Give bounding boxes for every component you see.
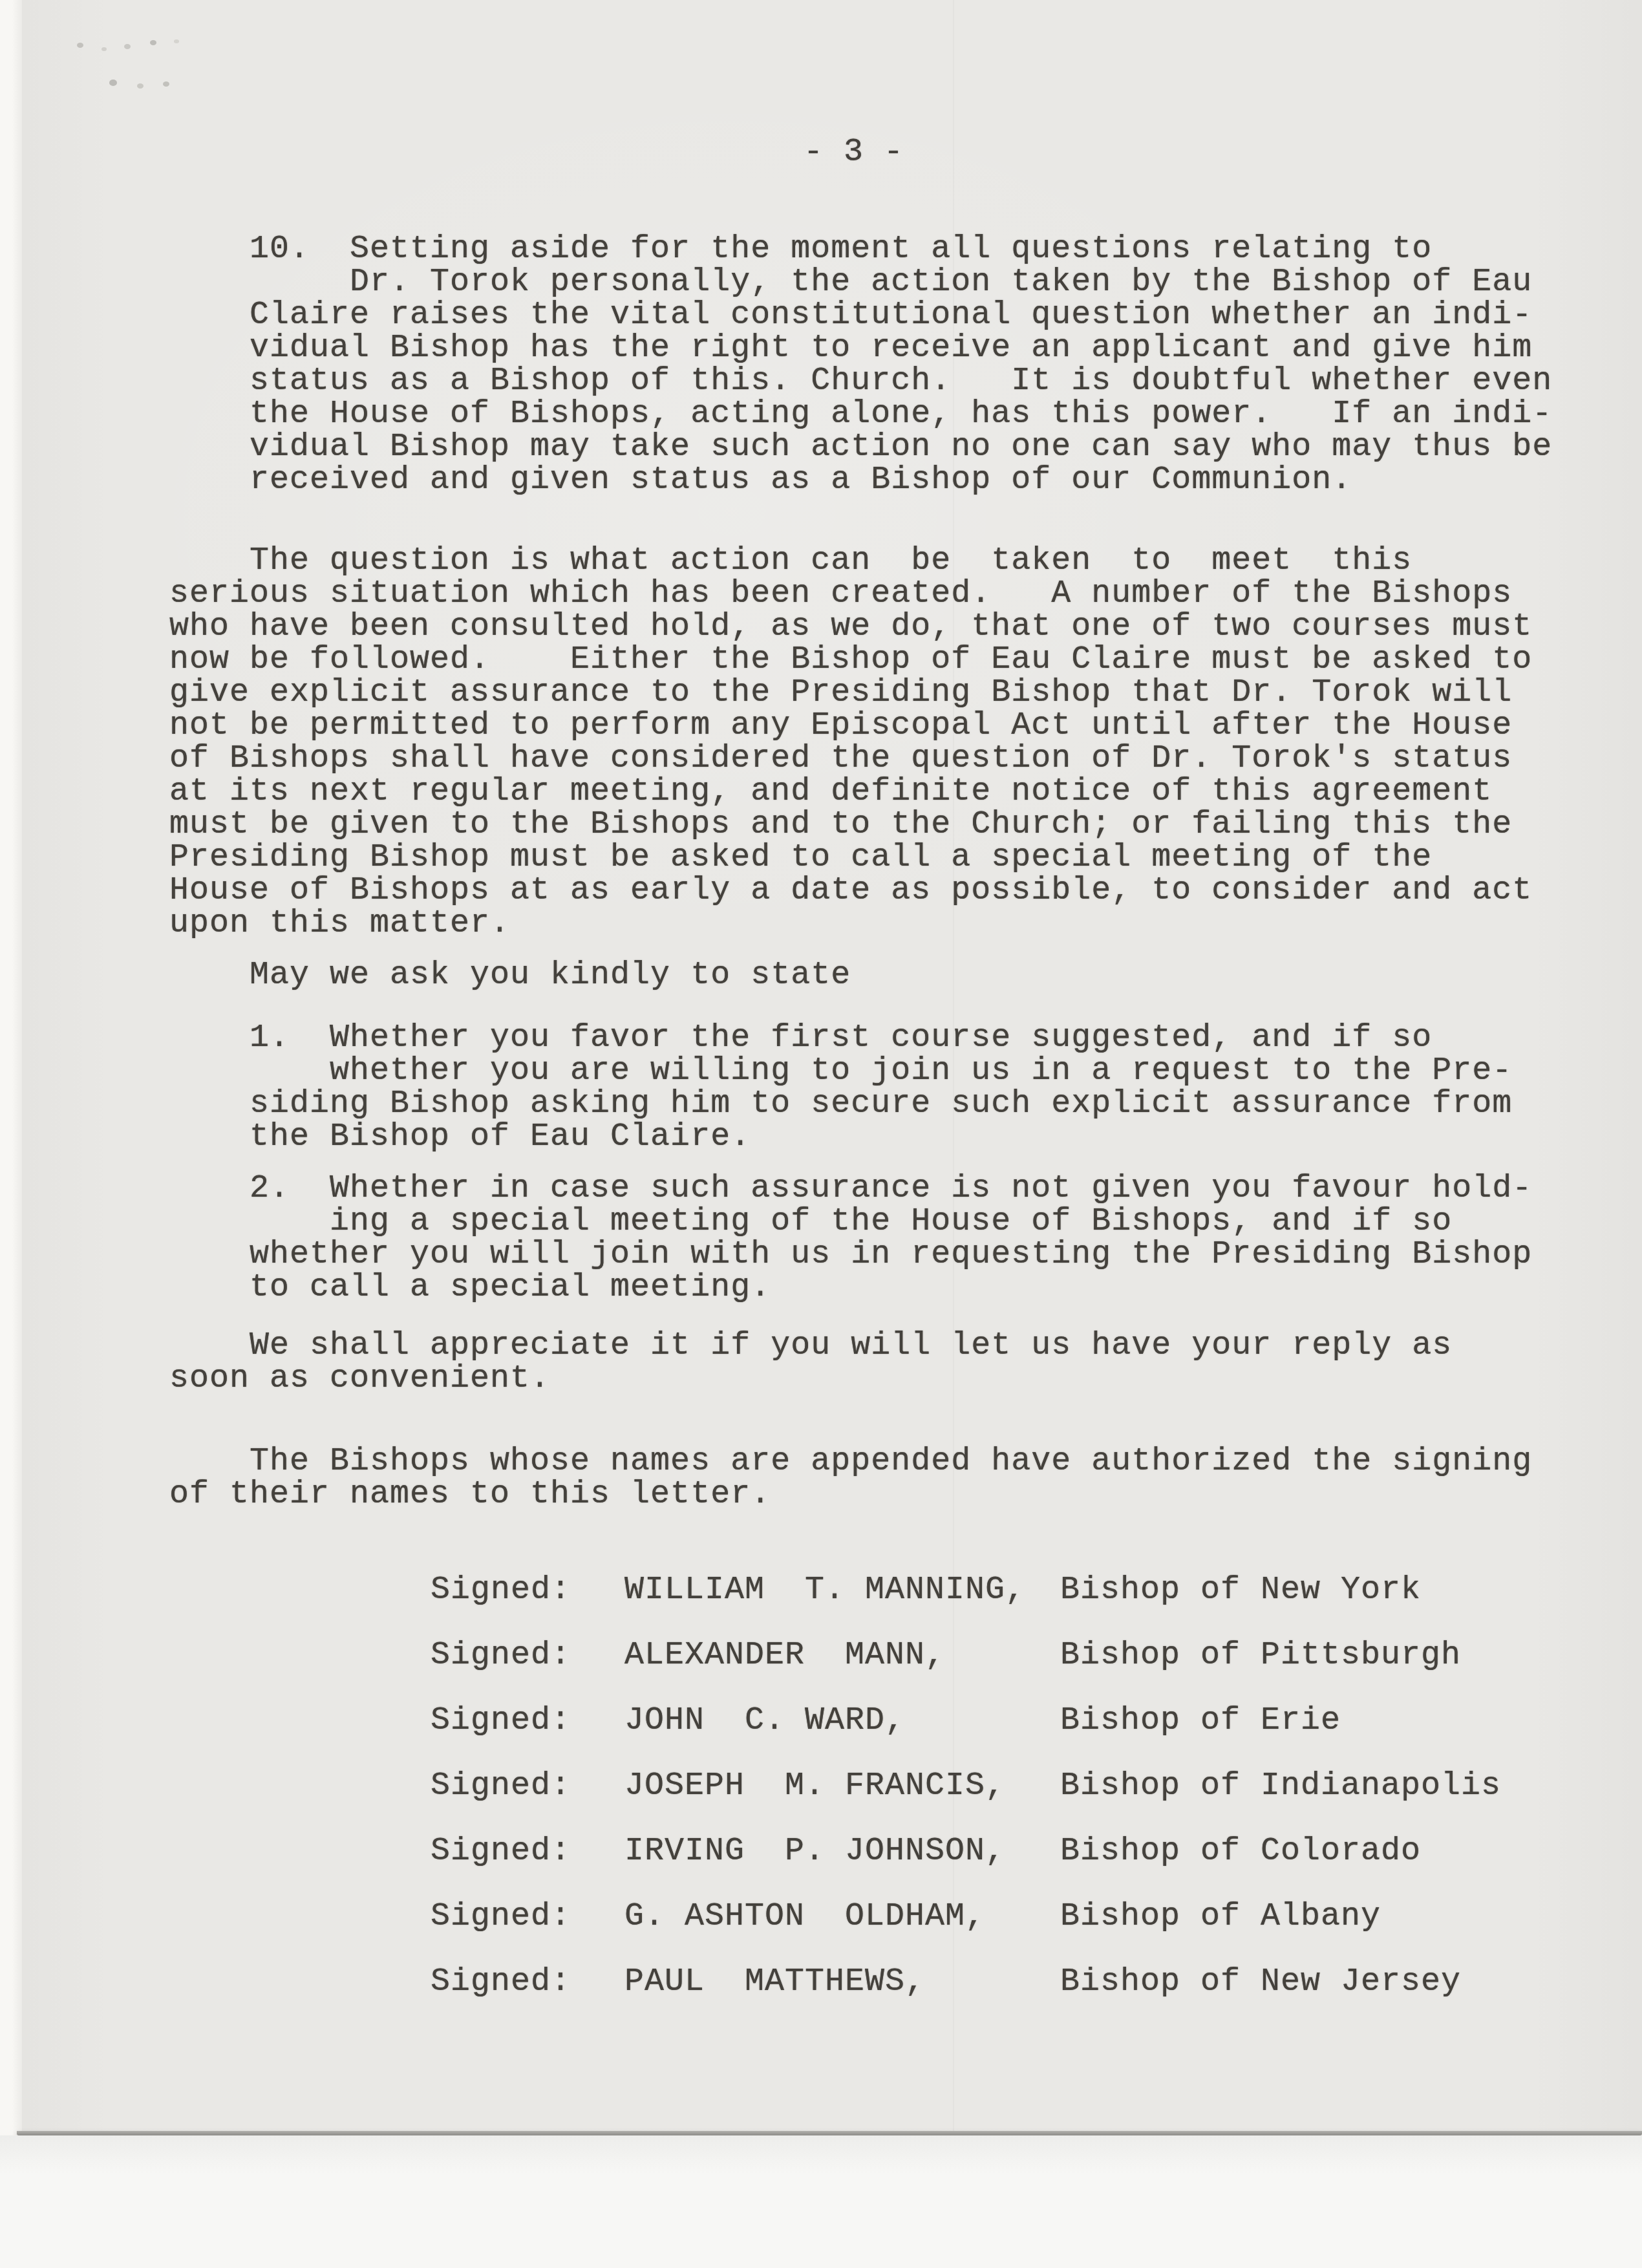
signatory-title: Bishop of Indianapolis bbox=[1060, 1768, 1501, 1804]
text-line: The question is what action can be taken… bbox=[169, 544, 1532, 577]
signed-label: Signed: bbox=[431, 1702, 571, 1739]
text-line: whether you will join with us in request… bbox=[169, 1238, 1532, 1271]
signatory-title: Bishop of Erie bbox=[1060, 1702, 1341, 1739]
signature-row: Signed:G. ASHTON OLDHAM,Bishop of Albany bbox=[0, 1898, 1642, 1963]
text-line: to call a special meeting. bbox=[169, 1271, 1532, 1304]
signatory-title: Bishop of Pittsburgh bbox=[1060, 1637, 1461, 1674]
signatory-name: JOHN C. WARD, bbox=[624, 1702, 905, 1739]
text-line: We shall appreciate it if you will let u… bbox=[169, 1329, 1452, 1362]
signed-label: Signed: bbox=[431, 1963, 571, 2000]
page-number: - 3 - bbox=[804, 136, 904, 169]
text-line: not be permitted to perform any Episcopa… bbox=[169, 709, 1532, 742]
signature-row: Signed:IRVING P. JOHNSON,Bishop of Color… bbox=[0, 1833, 1642, 1898]
text-line: vidual Bishop may take such action no on… bbox=[169, 431, 1552, 464]
text-line: at its next regular meeting, and definit… bbox=[169, 775, 1532, 808]
paragraph-10: 10. Setting aside for the moment all que… bbox=[169, 233, 1552, 497]
typewritten-text: - 3 - 10. Setting aside for the moment a… bbox=[0, 0, 1642, 2268]
signatory-title: Bishop of New York bbox=[1060, 1572, 1421, 1609]
signed-label: Signed: bbox=[431, 1572, 571, 1609]
scanned-letter-page: - 3 - 10. Setting aside for the moment a… bbox=[0, 0, 1642, 2268]
text-line: the Bishop of Eau Claire. bbox=[169, 1120, 1512, 1153]
text-line: received and given status as a Bishop of… bbox=[169, 464, 1552, 497]
text-line: status as a Bishop of this. Church. It i… bbox=[169, 365, 1552, 398]
text-line: now be followed. Either the Bishop of Ea… bbox=[169, 643, 1532, 676]
signed-label: Signed: bbox=[431, 1768, 571, 1804]
paragraph-may-we-ask: May we ask you kindly to state bbox=[169, 959, 851, 992]
text-line: Dr. Torok personally, the action taken b… bbox=[169, 266, 1552, 299]
signature-block: Signed:WILLIAM T. MANNING,Bishop of New … bbox=[0, 1572, 1642, 2029]
paragraph-we-shall: We shall appreciate it if you will let u… bbox=[169, 1329, 1452, 1395]
signed-label: Signed: bbox=[431, 1833, 571, 1870]
signatory-name: WILLIAM T. MANNING, bbox=[624, 1572, 1025, 1609]
signatory-name: ALEXANDER MANN, bbox=[624, 1637, 945, 1674]
paragraph-authorized: The Bishops whose names are appended hav… bbox=[169, 1445, 1532, 1511]
text-line: of Bishops shall have considered the que… bbox=[169, 742, 1532, 775]
signatory-title: Bishop of Albany bbox=[1060, 1898, 1381, 1935]
text-line: upon this matter. bbox=[169, 907, 1532, 940]
text-line: ing a special meeting of the House of Bi… bbox=[169, 1205, 1532, 1238]
text-line: vidual Bishop has the right to receive a… bbox=[169, 332, 1552, 365]
text-line: House of Bishops at as early a date as p… bbox=[169, 874, 1532, 907]
signature-row: Signed:JOHN C. WARD,Bishop of Erie bbox=[0, 1702, 1642, 1768]
paragraph-question: The question is what action can be taken… bbox=[169, 544, 1532, 940]
signatory-title: Bishop of New Jersey bbox=[1060, 1963, 1461, 2000]
signature-row: Signed:PAUL MATTHEWS,Bishop of New Jerse… bbox=[0, 1963, 1642, 2029]
text-line: soon as convenient. bbox=[169, 1362, 1452, 1395]
text-line: must be given to the Bishops and to the … bbox=[169, 808, 1532, 841]
text-line: who have been consulted hold, as we do, … bbox=[169, 610, 1532, 643]
text-line: 2. Whether in case such assurance is not… bbox=[169, 1172, 1532, 1205]
signed-label: Signed: bbox=[431, 1637, 571, 1674]
text-line: of their names to this letter. bbox=[169, 1478, 1532, 1511]
signatory-name: IRVING P. JOHNSON, bbox=[624, 1833, 1005, 1870]
item-2: 2. Whether in case such assurance is not… bbox=[169, 1172, 1532, 1304]
signatory-name: PAUL MATTHEWS, bbox=[624, 1963, 925, 2000]
item-1: 1. Whether you favor the first course su… bbox=[169, 1022, 1512, 1153]
text-line: the House of Bishops, acting alone, has … bbox=[169, 398, 1552, 431]
text-line: give explicit assurance to the Presiding… bbox=[169, 676, 1532, 709]
signatory-name: G. ASHTON OLDHAM, bbox=[624, 1898, 985, 1935]
signatory-name: JOSEPH M. FRANCIS, bbox=[624, 1768, 1005, 1804]
text-line: 10. Setting aside for the moment all que… bbox=[169, 233, 1552, 266]
signed-label: Signed: bbox=[431, 1898, 571, 1935]
text-line: Presiding Bishop must be asked to call a… bbox=[169, 841, 1532, 874]
text-line: serious situation which has been created… bbox=[169, 577, 1532, 610]
text-line: 1. Whether you favor the first course su… bbox=[169, 1022, 1512, 1054]
signature-row: Signed:ALEXANDER MANN,Bishop of Pittsbur… bbox=[0, 1637, 1642, 1702]
text-line: siding Bishop asking him to secure such … bbox=[169, 1087, 1512, 1120]
text-line: May we ask you kindly to state bbox=[169, 959, 851, 992]
text-line: - 3 - bbox=[804, 136, 904, 169]
signatory-title: Bishop of Colorado bbox=[1060, 1833, 1421, 1870]
text-line: whether you are willing to join us in a … bbox=[169, 1054, 1512, 1087]
text-line: Claire raises the vital constitutional q… bbox=[169, 299, 1552, 332]
text-line: The Bishops whose names are appended hav… bbox=[169, 1445, 1532, 1478]
signature-row: Signed:JOSEPH M. FRANCIS,Bishop of India… bbox=[0, 1768, 1642, 1833]
signature-row: Signed:WILLIAM T. MANNING,Bishop of New … bbox=[0, 1572, 1642, 1637]
